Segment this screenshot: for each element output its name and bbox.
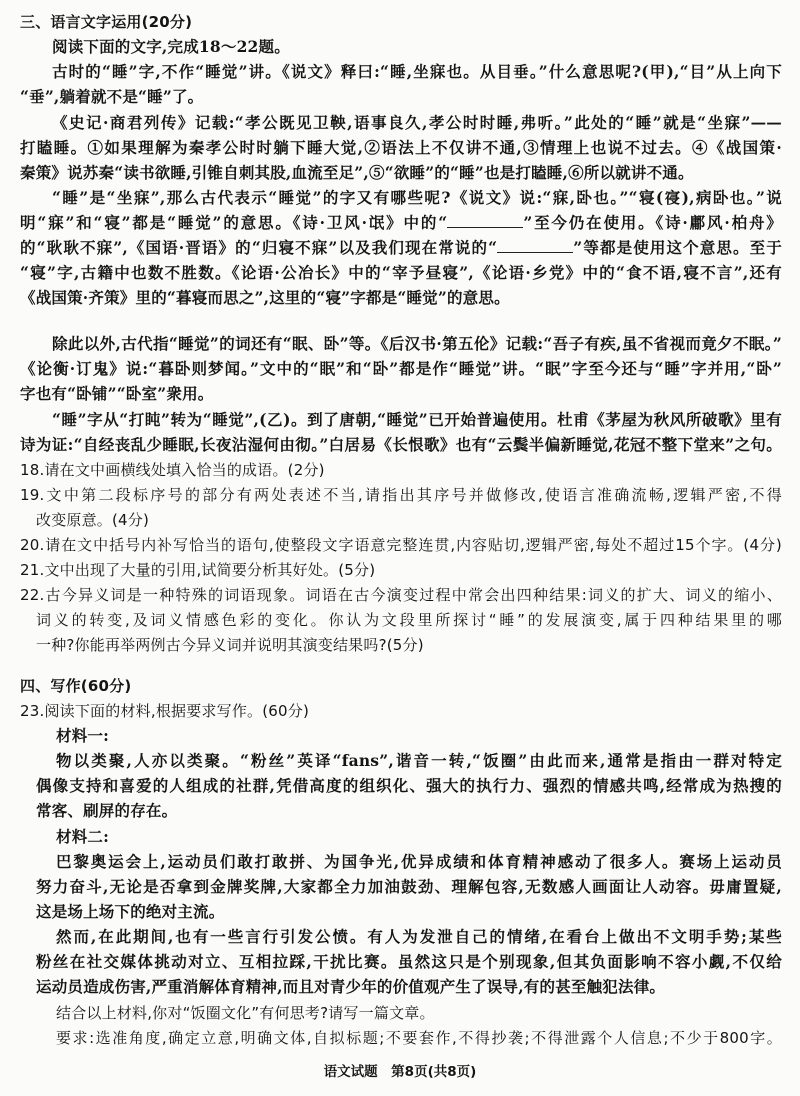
material1-line2: 偶像支持和喜爱的人组成的社群,凭借高度的组织化、强大的执行力、强烈的情感共鸣,经… <box>36 775 782 797</box>
question-21: 21.文中出现了大量的引用,试简要分析其好处。(5分) <box>20 559 782 581</box>
question-22-line1: 22.古今异义词是一种特殊的词语现象。词语在古今演变过程中常会出四种结果:词义的… <box>20 584 782 606</box>
paragraph2-line2: 打瞌睡。①如果理解为秦孝公时时躺下睡大觉,②语法上不仅讲不通,③情理上也说不过去… <box>20 137 782 159</box>
question-22-line2: 词义的转变,及词义情感色彩的变化。你认为文段里所探讨“睡”的发展演变,属于四种结… <box>36 609 782 631</box>
question-19-line2: 改变原意。(4分) <box>36 509 782 531</box>
question-18: 18.请在文中画横线处填入恰当的成语。(2分) <box>20 459 782 481</box>
section3-instruction: 阅读下面的文字,完成18～22题。 <box>52 36 782 58</box>
paragraph3-line3-part-a: 的“耿耿不寐”,《国语·晋语》的“归寝不寐”以及我们现在常说的“ <box>20 238 497 257</box>
question-19-line1: 19.文中第二段标序号的部分有两处表述不当,请指出其序号并做修改,使语言准确流畅… <box>20 484 782 506</box>
writing-requirements: 要求:选准角度,确定立意,明确文体,自拟标题;不要套作,不得抄袭;不得泄露个人信… <box>56 1027 782 1049</box>
paragraph3-line2: 明“寐”和“寝”都是“睡觉”的意思。《诗·卫风·氓》中的“”至今仍在使用。《诗·… <box>20 212 782 234</box>
material2-p2-line2: 粉丝在社交媒体挑动对立、互相拉踩,干扰比赛。虽然这只是个别现象,但其负面影响不容… <box>36 951 782 973</box>
paragraph3-line3: 的“耿耿不寐”,《国语·晋语》的“归寝不寐”以及我们现在常说的“”等都是使用这个… <box>20 237 782 259</box>
paragraph3-line1: “睡”是“坐寐”,那么古代表示“睡觉”的字又有哪些呢?《说文》说:“寐,卧也。”… <box>52 187 782 209</box>
paragraph2-line3: 秦策》说苏秦“读书欲睡,引锥自刺其股,血流至足”,⑤“欲睡”的“睡”也是打瞌睡,… <box>20 162 782 184</box>
paragraph2-line1: 《史记·商君列传》记载:“孝公既见卫鞅,语事良久,孝公时时睡,弗听。”此处的“睡… <box>52 112 782 134</box>
writing-prompt: 结合以上材料,你对“饭圈文化”有何思考?请写一篇文章。 <box>56 1002 782 1024</box>
paragraph3-line3-part-b: ”等都是使用这个意思。至于 <box>573 238 782 257</box>
question-20: 20.请在文中括号内补写恰当的语句,使整段文字语意完整连贯,内容贴切,逻辑严密,… <box>20 534 782 556</box>
material2-title: 材料二: <box>56 826 782 848</box>
paragraph4-line1: 除此以外,古代指“睡觉”的词还有“眠、卧”等。《后汉书·第五伦》记载:“吾子有疾… <box>52 333 782 355</box>
paragraph3-line4: “寝”字,古籍中也数不胜数。《论语·公冶长》中的“宰予昼寝”,《论语·乡党》中的… <box>20 262 782 284</box>
paragraph5-line1: “睡”字从“打盹”转为“睡觉”,(乙)。到了唐朝,“睡觉”已开始普遍使用。杜甫《… <box>52 409 782 431</box>
page-footer: 语文试题 第8页(共8页) <box>0 1060 800 1080</box>
fill-in-blank-1[interactable] <box>447 213 523 228</box>
paragraph4-line3: 字也有“卧铺”“卧室”衆用。 <box>20 383 782 405</box>
section3-heading: 三、语言文字运用(20分) <box>20 11 782 33</box>
material2-p2-line1: 然而,在此期间,也有一些言行引发公愤。有人为发泄自己的情绪,在看台上做出不文明手… <box>56 926 782 948</box>
fill-in-blank-2[interactable] <box>497 238 573 253</box>
exam-page: 三、语言文字运用(20分) 阅读下面的文字,完成18～22题。 古时的“睡”字,… <box>0 0 800 1096</box>
material2-p1-line3: 这是场上场下的绝对主流。 <box>36 901 782 923</box>
question-23: 23.阅读下面的材料,根据要求写作。(60分) <box>20 700 782 722</box>
material1-line1: 物以类聚,人亦以类聚。“粉丝”英译“fans”,谐音一转,“饭圈”由此而来,通常… <box>56 750 782 772</box>
section4-heading: 四、写作(60分) <box>20 675 782 697</box>
paragraph3-line2-part-b: ”至今仍在使用。《诗·鄘风·柏舟》 <box>523 213 782 232</box>
material1-title: 材料一: <box>56 725 782 747</box>
paragraph3-line5: 《战国策·齐策》里的“暮寝而思之”,这里的“寝”字都是“睡觉”的意思。 <box>20 287 782 309</box>
paragraph3-line2-part-a: 明“寐”和“寝”都是“睡觉”的意思。《诗·卫风·氓》中的“ <box>20 213 447 232</box>
paragraph4-line2: 《论衡·订鬼》说:“暮卧则梦闻。”文中的“眠”和“卧”都是作“睡觉”讲。“眠”字… <box>20 358 782 380</box>
paragraph1-line2: “垂”,躺着就不是“睡”了。 <box>20 86 782 108</box>
material1-line3: 常客、刷屏的存在。 <box>36 800 782 822</box>
paragraph1-line1: 古时的“睡”字,不作“睡觉”讲。《说文》释曰:“睡,坐寐也。从目垂。”什么意思呢… <box>52 61 782 83</box>
material2-p2-line3: 运动员造成伤害,严重消解体育精神,而且对青少年的价值观产生了误导,有的甚至触犯法… <box>36 976 782 998</box>
paragraph5-line2: 诗为证:“自经丧乱少睡眠,长夜沾湿何由彻。”白居易《长恨歌》也有“云鬓半偏新睡觉… <box>20 434 782 456</box>
question-22-line3: 一种?你能再举两例古今异义词并说明其演变结果吗?(5分) <box>36 634 782 656</box>
material2-p1-line1: 巴黎奥运会上,运动员们敢打敢拼、为国争光,优异成绩和体育精神感动了很多人。赛场上… <box>56 851 782 873</box>
material2-p1-line2: 努力奋斗,无论是否拿到金牌奖牌,大家都全力加油鼓劲、理解包容,无数感人画面让人动… <box>36 876 782 898</box>
